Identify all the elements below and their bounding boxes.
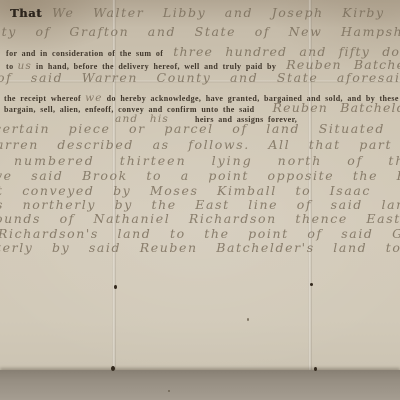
antique-deed-document-photo: ThatWe Walter Libby and Joseph Kirby of … <box>0 0 400 400</box>
text-line: of said Warren County and State aforesai… <box>0 69 400 87</box>
handwritten-description: numbered thirteen lying north of the <box>14 153 400 168</box>
text-line: terly by said Reuben Batchelder's land t… <box>0 239 400 257</box>
handwritten-county-state: ity of Grafton and State of New Hampshir… <box>0 24 400 39</box>
handwritten-residence: of said Warren County and State aforesai… <box>0 70 400 85</box>
handwritten-grantors-names: We Walter Libby and Joseph Kirby of Warr… <box>52 5 400 20</box>
text-line: ThatWe Walter Libby and Joseph Kirby of … <box>10 4 400 22</box>
handwritten-description: ve said Brook to a point opposite the Fa <box>0 168 400 183</box>
handwritten-description: certain piece or parcel of land Situated… <box>0 121 400 136</box>
pinhole-speck <box>114 285 117 289</box>
handwritten-description: arren described as follows. All that par… <box>0 137 392 152</box>
paper-speck <box>247 318 249 321</box>
text-line: ity of Grafton and State of New Hampshir… <box>0 23 400 41</box>
printed-word-that: That <box>10 6 42 20</box>
handwritten-description: ounds of Nathaniel Richardson thence Eas… <box>0 211 400 226</box>
pinhole-speck <box>314 367 317 371</box>
paper-speck <box>168 390 170 392</box>
handwritten-description: terly by said Reuben Batchelder's land t… <box>0 240 400 255</box>
bottom-fold-shadow <box>0 370 400 400</box>
pinhole-speck <box>111 366 115 371</box>
pinhole-speck <box>310 283 313 286</box>
